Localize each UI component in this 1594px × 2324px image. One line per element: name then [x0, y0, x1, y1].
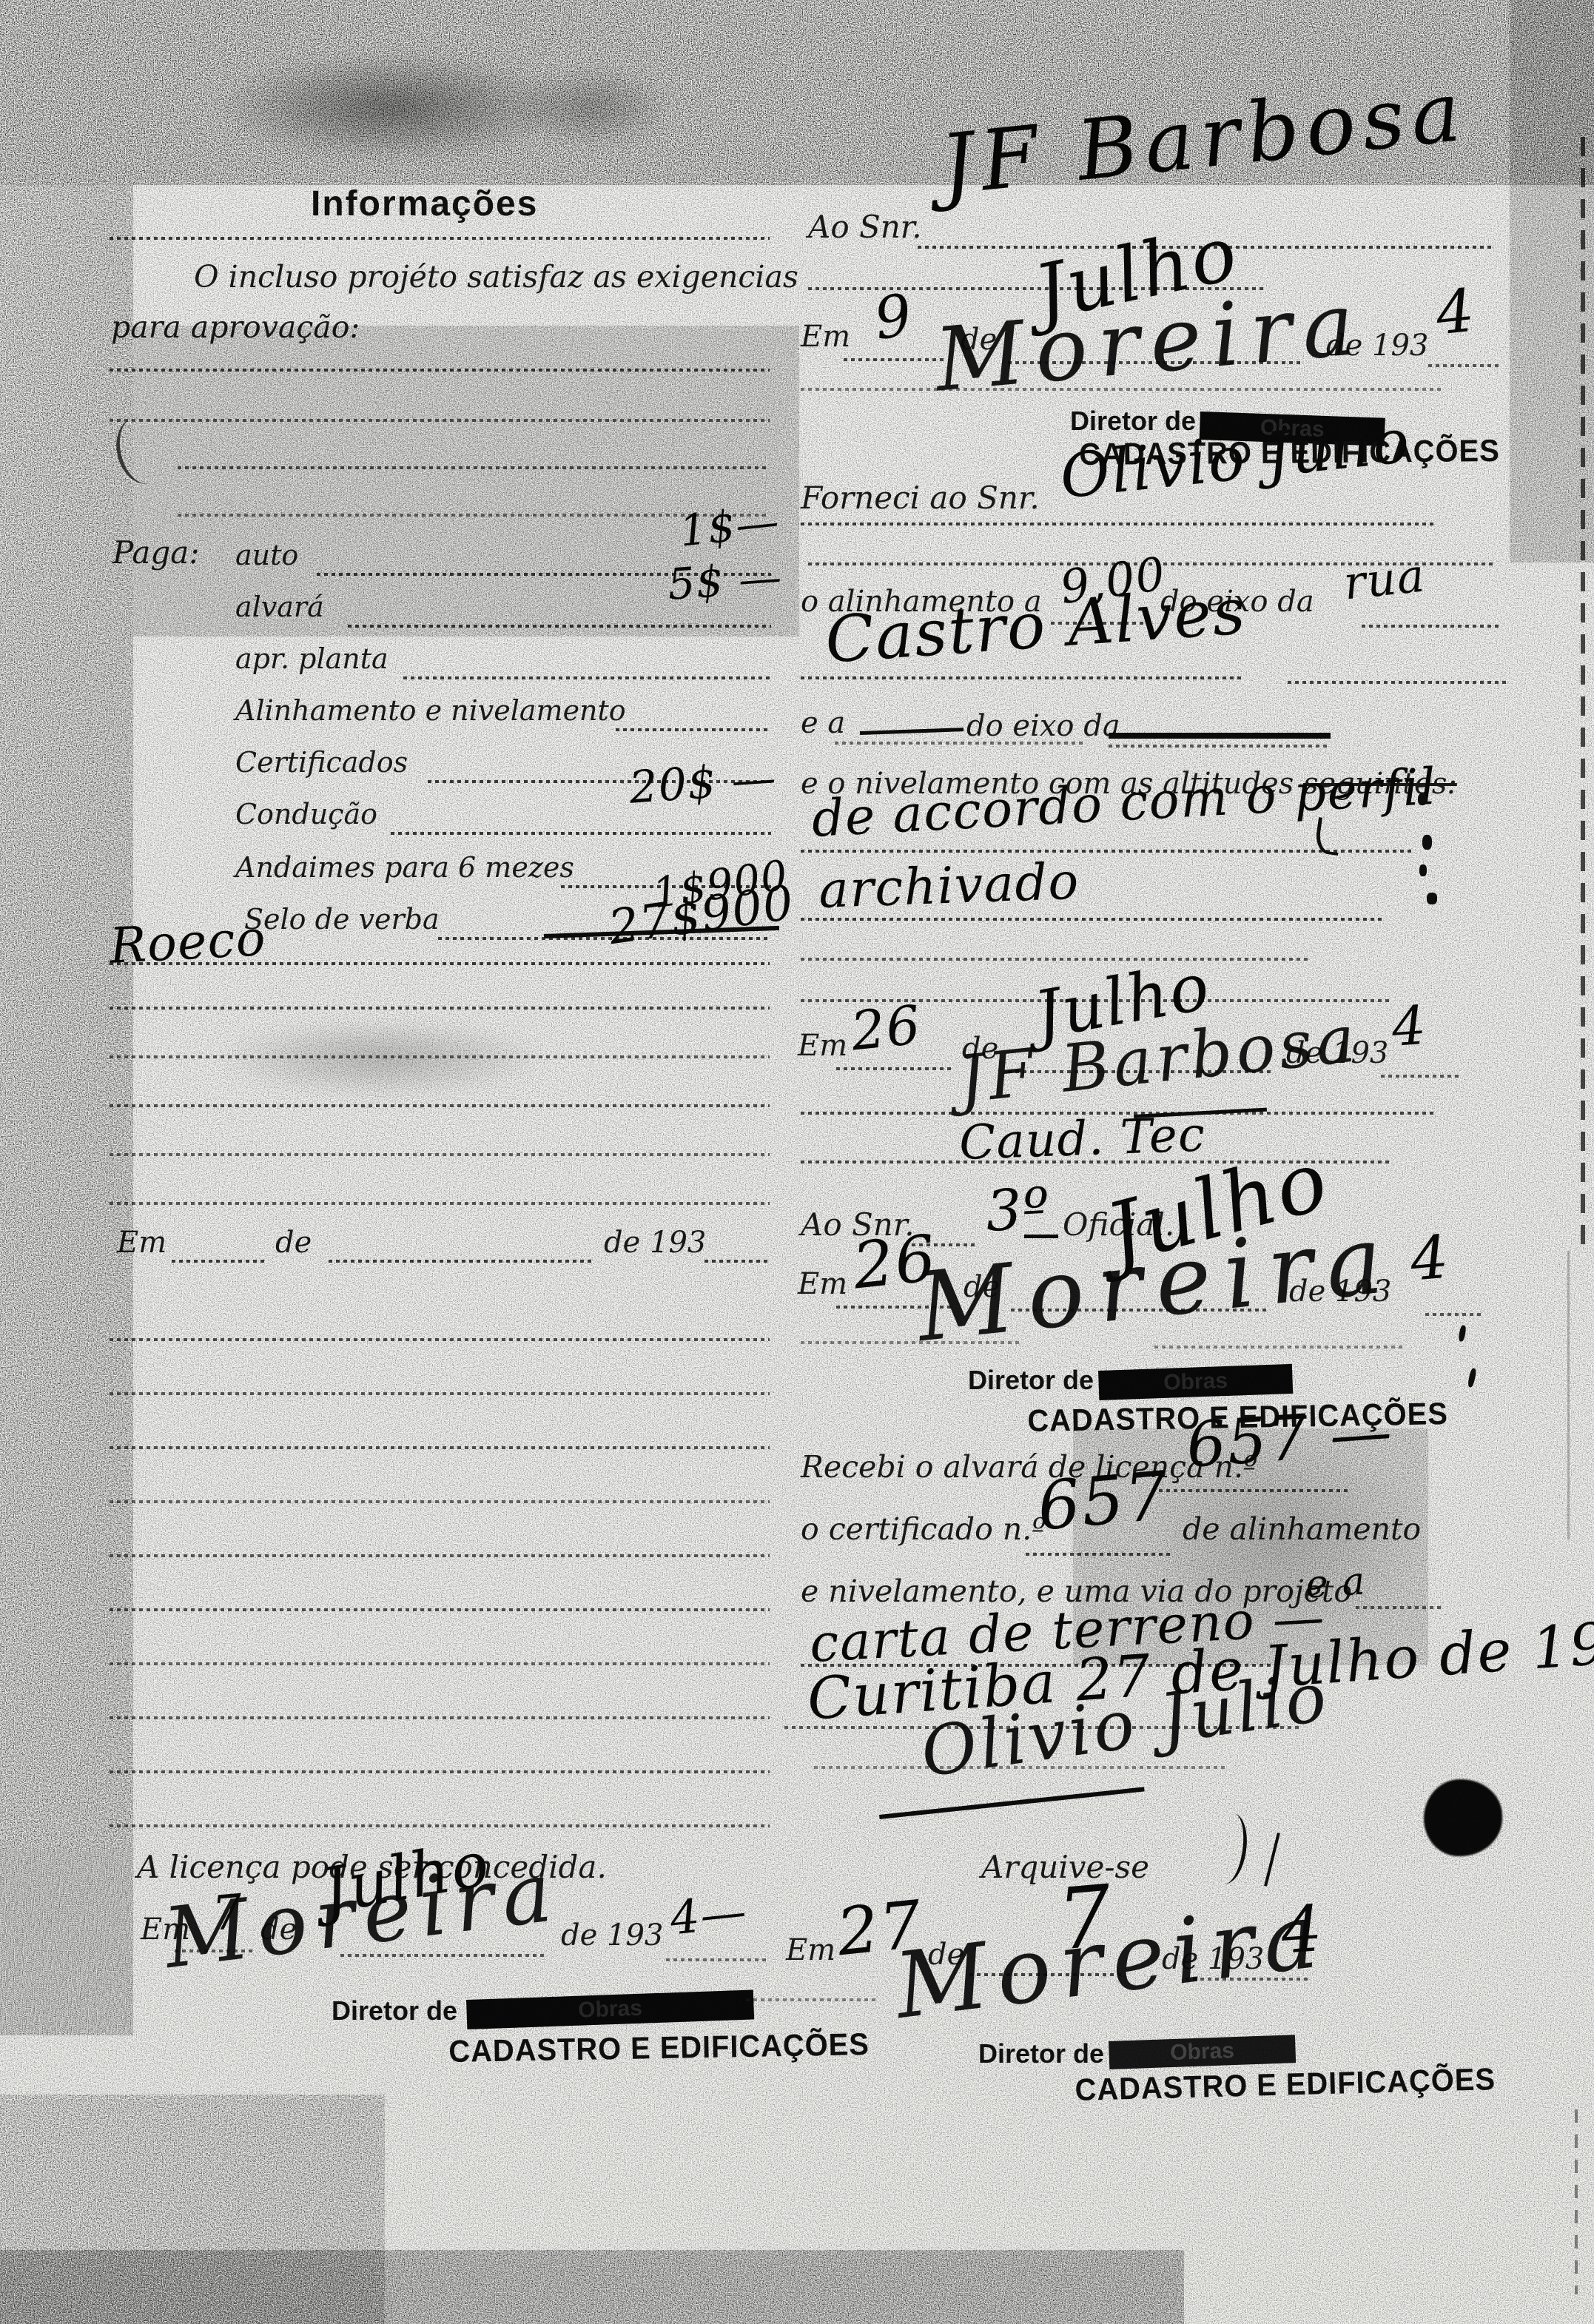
- fee-value-hw: 20$ —: [628, 752, 778, 814]
- cadastro-stamp: CADASTRO E EDIFICAÇÕES: [448, 2026, 870, 2069]
- rule: [1362, 625, 1502, 628]
- rule: [801, 388, 1445, 391]
- rule: [801, 958, 1311, 961]
- page-fold-line: [1581, 137, 1585, 1247]
- date-mid-em: Em: [798, 1029, 847, 1063]
- recebi-line2-post: de alinhamento: [1183, 1511, 1421, 1547]
- page-fold-line: [1575, 2109, 1578, 2294]
- rule: [110, 237, 770, 240]
- ink-dot: [1467, 1368, 1477, 1388]
- obras-redaction-bar: Obras: [466, 1989, 754, 2029]
- blank-date-de2: de 193: [604, 1226, 706, 1260]
- alignment-rua-hw: rua: [1341, 548, 1427, 610]
- ink-mark: [110, 412, 174, 489]
- page-title: Informações: [311, 184, 538, 224]
- rule: [110, 1662, 770, 1665]
- scan-smudge-left-column: [222, 1021, 540, 1095]
- rule: [110, 419, 770, 422]
- obras-struck-label: Obras: [1163, 1368, 1228, 1396]
- ink-blot: [1424, 1779, 1502, 1856]
- rule: [110, 1554, 770, 1557]
- official-number-hw: 3º: [984, 1175, 1052, 1243]
- rule: [110, 1338, 770, 1341]
- recebi-line2-pre: o certificado n.º: [801, 1511, 1046, 1547]
- obras-struck-label: Obras: [1170, 2038, 1235, 2066]
- handwritten-dash: [1109, 733, 1331, 739]
- handwritten-dash: [860, 728, 964, 735]
- rule: [835, 742, 1086, 745]
- forneci-label: Forneci ao Snr.: [801, 480, 1040, 516]
- rule: [801, 523, 1437, 525]
- rule: [1154, 1346, 1406, 1349]
- paga-label: Paga:: [112, 534, 200, 571]
- rule: [172, 1260, 266, 1263]
- rule: [746, 1998, 879, 2001]
- rule: [110, 962, 770, 965]
- fee-leader: [403, 676, 771, 679]
- date-top-em: Em: [801, 320, 850, 354]
- fee-value-hw: 5$ —: [666, 551, 784, 610]
- rule: [801, 676, 1245, 679]
- rule: [1356, 1606, 1445, 1609]
- rule: [801, 1341, 1023, 1344]
- obras-redaction-bar: Obras: [1109, 2035, 1296, 2069]
- director-label: Diretor de: [332, 1995, 457, 2026]
- fee-row-label: Alinhamento e nivelamento: [235, 694, 626, 727]
- rule: [178, 466, 770, 469]
- rule: [1109, 745, 1331, 748]
- rule: [1425, 1313, 1484, 1316]
- fee-row-label: apr. planta: [235, 642, 389, 675]
- date-mid-year-hw: 4: [1390, 994, 1429, 1058]
- ink-dot: [1458, 1325, 1467, 1342]
- obras-redaction-bar: Obras: [1098, 1364, 1293, 1400]
- alignment-p4: do eixo da: [966, 709, 1120, 743]
- alignment-p3: e a: [801, 706, 845, 740]
- decision-year-hw: 4—: [667, 1884, 750, 1945]
- nivel-answer-hw-2: archivado: [818, 853, 1080, 920]
- rule: [110, 1104, 770, 1107]
- ink-mark: [1264, 1833, 1280, 1887]
- signature-swash: [879, 1787, 1145, 1819]
- rule: [1026, 1553, 1174, 1556]
- fee-leader: [616, 728, 771, 731]
- rule: [110, 1770, 770, 1773]
- rule: [110, 1055, 770, 1058]
- fee-value-hw: 1$—: [677, 496, 782, 557]
- rule: [110, 1007, 770, 1010]
- ink-dot: [1419, 864, 1427, 876]
- rule: [1288, 681, 1510, 684]
- addressee-name-hw: JF Barbosa: [936, 63, 1471, 214]
- date-official-em: Em: [798, 1267, 847, 1301]
- intro-line-1: O incluso projéto satisfaz as exigencias: [194, 259, 798, 295]
- rule: [110, 1716, 770, 1719]
- rule: [110, 1608, 770, 1611]
- ink-mark: [1213, 1812, 1251, 1886]
- recebi-license-number-hw: 657 —: [1184, 1395, 1396, 1482]
- fee-leader: [391, 832, 771, 835]
- fee-row-label: Andaimes para 6 mezes: [235, 851, 574, 884]
- date-official-year-hw: 4: [1408, 1222, 1452, 1294]
- addressee-label: Ao Snr.: [808, 209, 922, 245]
- fee-leader: [348, 625, 771, 628]
- ink-dot: [1418, 793, 1427, 805]
- rule: [110, 1500, 770, 1503]
- rule: [836, 1067, 955, 1070]
- rule: [666, 1958, 770, 1961]
- rule: [1159, 1489, 1351, 1492]
- rule: [704, 1260, 771, 1263]
- date-arquive-em: Em: [786, 1933, 835, 1967]
- fee-row-label: Condução: [235, 798, 377, 830]
- rule: [801, 918, 1385, 921]
- handwritten-dash: [1024, 1235, 1058, 1238]
- fee-row-label: Certificados: [235, 746, 408, 779]
- rule: [1381, 1075, 1462, 1078]
- certificate-number-hw: 657: [1035, 1457, 1172, 1546]
- decision-de193: de 193: [561, 1918, 663, 1952]
- date-top-day-hw: 9: [870, 282, 917, 353]
- director-label: Diretor de: [968, 1365, 1094, 1396]
- scanned-document-page: Informações O incluso projéto satisfaz a…: [0, 0, 1594, 2324]
- rule: [110, 1824, 770, 1827]
- fee-row-label: auto: [235, 539, 298, 571]
- date-mid-day-hw: 26: [848, 993, 924, 1062]
- blank-date-em: Em: [117, 1226, 167, 1260]
- page-fold-line: [1567, 1251, 1570, 1539]
- rule: [110, 1446, 770, 1449]
- rule: [329, 1260, 595, 1263]
- rule: [814, 1766, 1228, 1769]
- scan-smudge-top-2: [511, 67, 673, 148]
- fee-row-label: Selo de verba: [244, 903, 440, 936]
- fee-row-label: alvará: [235, 591, 324, 623]
- rule: [844, 358, 947, 361]
- ink-dot: [1427, 893, 1437, 904]
- rule: [1428, 364, 1502, 367]
- rule: [110, 1153, 770, 1156]
- date-top-year-hw: 4: [1433, 276, 1479, 349]
- rule: [110, 1202, 770, 1205]
- rule: [110, 1392, 770, 1395]
- director-signature: Moreira: [912, 1203, 1401, 1363]
- ink-dot: [1422, 835, 1432, 850]
- intro-line-2: para aprovação:: [111, 309, 360, 345]
- obras-struck-label: Obras: [578, 1996, 643, 2024]
- director-label: Diretor de: [978, 2038, 1104, 2069]
- rule: [110, 369, 770, 372]
- blank-date-de1: de: [275, 1226, 312, 1260]
